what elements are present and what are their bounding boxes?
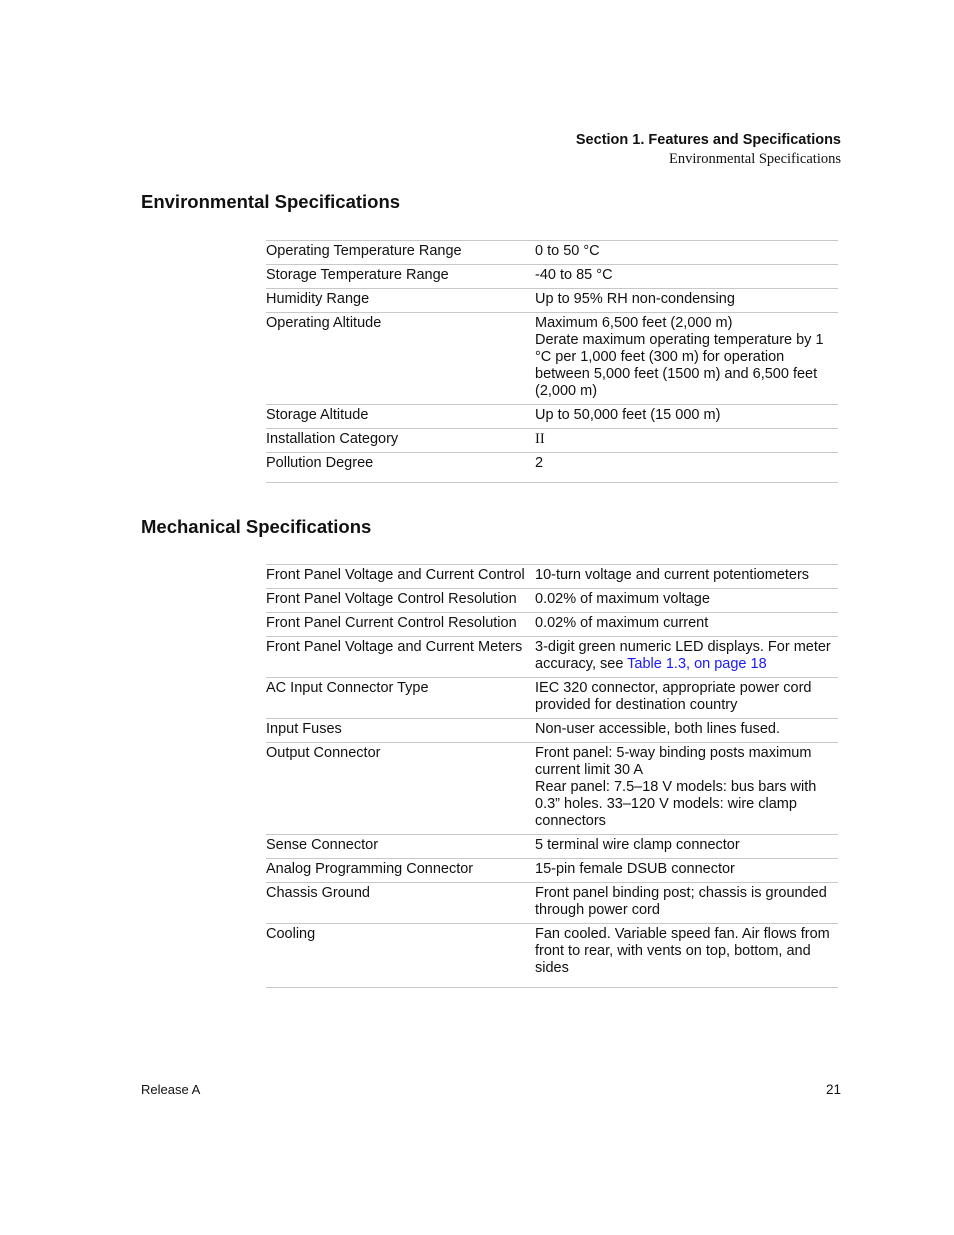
spec-row: Storage Temperature Range-40 to 85 °C <box>266 265 838 289</box>
spec-row: Storage AltitudeUp to 50,000 feet (15 00… <box>266 405 838 429</box>
spec-value-line: 0.02% of maximum current <box>535 615 838 632</box>
spec-value-line: 10-turn voltage and current potentiomete… <box>535 567 838 584</box>
spec-label: Sense Connector <box>266 835 535 859</box>
spec-label: Chassis Ground <box>266 883 535 924</box>
spec-row: Front Panel Voltage and Current Meters3-… <box>266 637 838 678</box>
spec-row: Chassis GroundFront panel binding post; … <box>266 883 838 924</box>
spec-value-line: 0 to 50 °C <box>535 243 838 260</box>
spec-label: Humidity Range <box>266 289 535 313</box>
spec-label: Front Panel Voltage and Current Control <box>266 565 535 589</box>
header-subsection-title: Environmental Specifications <box>576 149 841 169</box>
spec-value: 2 <box>535 453 838 483</box>
spec-label: Analog Programming Connector <box>266 859 535 883</box>
spec-value-line: Rear panel: 7.5–18 V models: bus bars wi… <box>535 779 838 830</box>
release-label: Release A <box>141 1082 200 1097</box>
spec-value: Non-user accessible, both lines fused. <box>535 719 838 743</box>
spec-value: 0.02% of maximum current <box>535 613 838 637</box>
spec-value: Up to 95% RH non-condensing <box>535 289 838 313</box>
spec-value-line: Up to 95% RH non-condensing <box>535 291 838 308</box>
spec-value-line: Non-user accessible, both lines fused. <box>535 721 838 738</box>
spec-row: Analog Programming Connector15-pin femal… <box>266 859 838 883</box>
spec-value: II <box>535 429 838 453</box>
spec-value-line: 0.02% of maximum voltage <box>535 591 838 608</box>
spec-label: Operating Altitude <box>266 313 535 405</box>
spec-value-line: Maximum 6,500 feet (2,000 m) <box>535 315 838 332</box>
spec-value-line: 5 terminal wire clamp connector <box>535 837 838 854</box>
spec-row: Output ConnectorFront panel: 5-way bindi… <box>266 743 838 835</box>
spec-row: Pollution Degree2 <box>266 453 838 483</box>
spec-value: Up to 50,000 feet (15 000 m) <box>535 405 838 429</box>
spec-label: Output Connector <box>266 743 535 835</box>
spec-label: Storage Temperature Range <box>266 265 535 289</box>
spec-label: Operating Temperature Range <box>266 241 535 265</box>
spec-value: 0.02% of maximum voltage <box>535 589 838 613</box>
spec-value: Front panel binding post; chassis is gro… <box>535 883 838 924</box>
spec-row: Front Panel Current Control Resolution0.… <box>266 613 838 637</box>
spec-value: Fan cooled. Variable speed fan. Air flow… <box>535 924 838 988</box>
spec-row: Front Panel Voltage Control Resolution0.… <box>266 589 838 613</box>
spec-label: Pollution Degree <box>266 453 535 483</box>
spec-row: Sense Connector5 terminal wire clamp con… <box>266 835 838 859</box>
spec-label: AC Input Connector Type <box>266 678 535 719</box>
environmental-spec-table: Operating Temperature Range0 to 50 °CSto… <box>266 240 838 483</box>
spec-value-line: Front panel: 5-way binding posts maximum… <box>535 745 838 779</box>
spec-label: Input Fuses <box>266 719 535 743</box>
spec-value: -40 to 85 °C <box>535 265 838 289</box>
mechanical-spec-table: Front Panel Voltage and Current Control1… <box>266 564 838 988</box>
spec-row: CoolingFan cooled. Variable speed fan. A… <box>266 924 838 988</box>
spec-value-line: IEC 320 connector, appropriate power cor… <box>535 680 838 714</box>
header-section-title: Section 1. Features and Specifications <box>576 131 841 149</box>
spec-value-line: II <box>535 431 838 448</box>
spec-value-line: 15-pin female DSUB connector <box>535 861 838 878</box>
mechanical-heading: Mechanical Specifications <box>141 516 371 538</box>
spec-value: 10-turn voltage and current potentiomete… <box>535 565 838 589</box>
spec-row: AC Input Connector TypeIEC 320 connector… <box>266 678 838 719</box>
spec-label: Installation Category <box>266 429 535 453</box>
spec-row: Installation CategoryII <box>266 429 838 453</box>
spec-row: Input FusesNon-user accessible, both lin… <box>266 719 838 743</box>
spec-value-line: Fan cooled. Variable speed fan. Air flow… <box>535 926 838 977</box>
spec-label: Storage Altitude <box>266 405 535 429</box>
spec-label: Front Panel Voltage Control Resolution <box>266 589 535 613</box>
spec-value-line: Derate maximum operating temperature by … <box>535 332 838 400</box>
running-header: Section 1. Features and Specifications E… <box>576 131 841 169</box>
spec-value: 3-digit green numeric LED displays. For … <box>535 637 838 678</box>
spec-row: Humidity RangeUp to 95% RH non-condensin… <box>266 289 838 313</box>
table-reference-link[interactable]: Table 1.3, on page 18 <box>627 656 766 672</box>
spec-value: IEC 320 connector, appropriate power cor… <box>535 678 838 719</box>
spec-value-line: Front panel binding post; chassis is gro… <box>535 885 838 919</box>
spec-value: 15-pin female DSUB connector <box>535 859 838 883</box>
spec-row: Operating AltitudeMaximum 6,500 feet (2,… <box>266 313 838 405</box>
page-number: 21 <box>826 1082 841 1097</box>
spec-value-line: -40 to 85 °C <box>535 267 838 284</box>
spec-value: Maximum 6,500 feet (2,000 m)Derate maxim… <box>535 313 838 405</box>
spec-label: Cooling <box>266 924 535 988</box>
spec-value: 0 to 50 °C <box>535 241 838 265</box>
environmental-heading: Environmental Specifications <box>141 191 400 213</box>
spec-label: Front Panel Current Control Resolution <box>266 613 535 637</box>
spec-value-line: 2 <box>535 455 838 472</box>
spec-value-line: Up to 50,000 feet (15 000 m) <box>535 407 838 424</box>
spec-value: Front panel: 5-way binding posts maximum… <box>535 743 838 835</box>
spec-row: Operating Temperature Range0 to 50 °C <box>266 241 838 265</box>
spec-value: 5 terminal wire clamp connector <box>535 835 838 859</box>
spec-row: Front Panel Voltage and Current Control1… <box>266 565 838 589</box>
spec-label: Front Panel Voltage and Current Meters <box>266 637 535 678</box>
